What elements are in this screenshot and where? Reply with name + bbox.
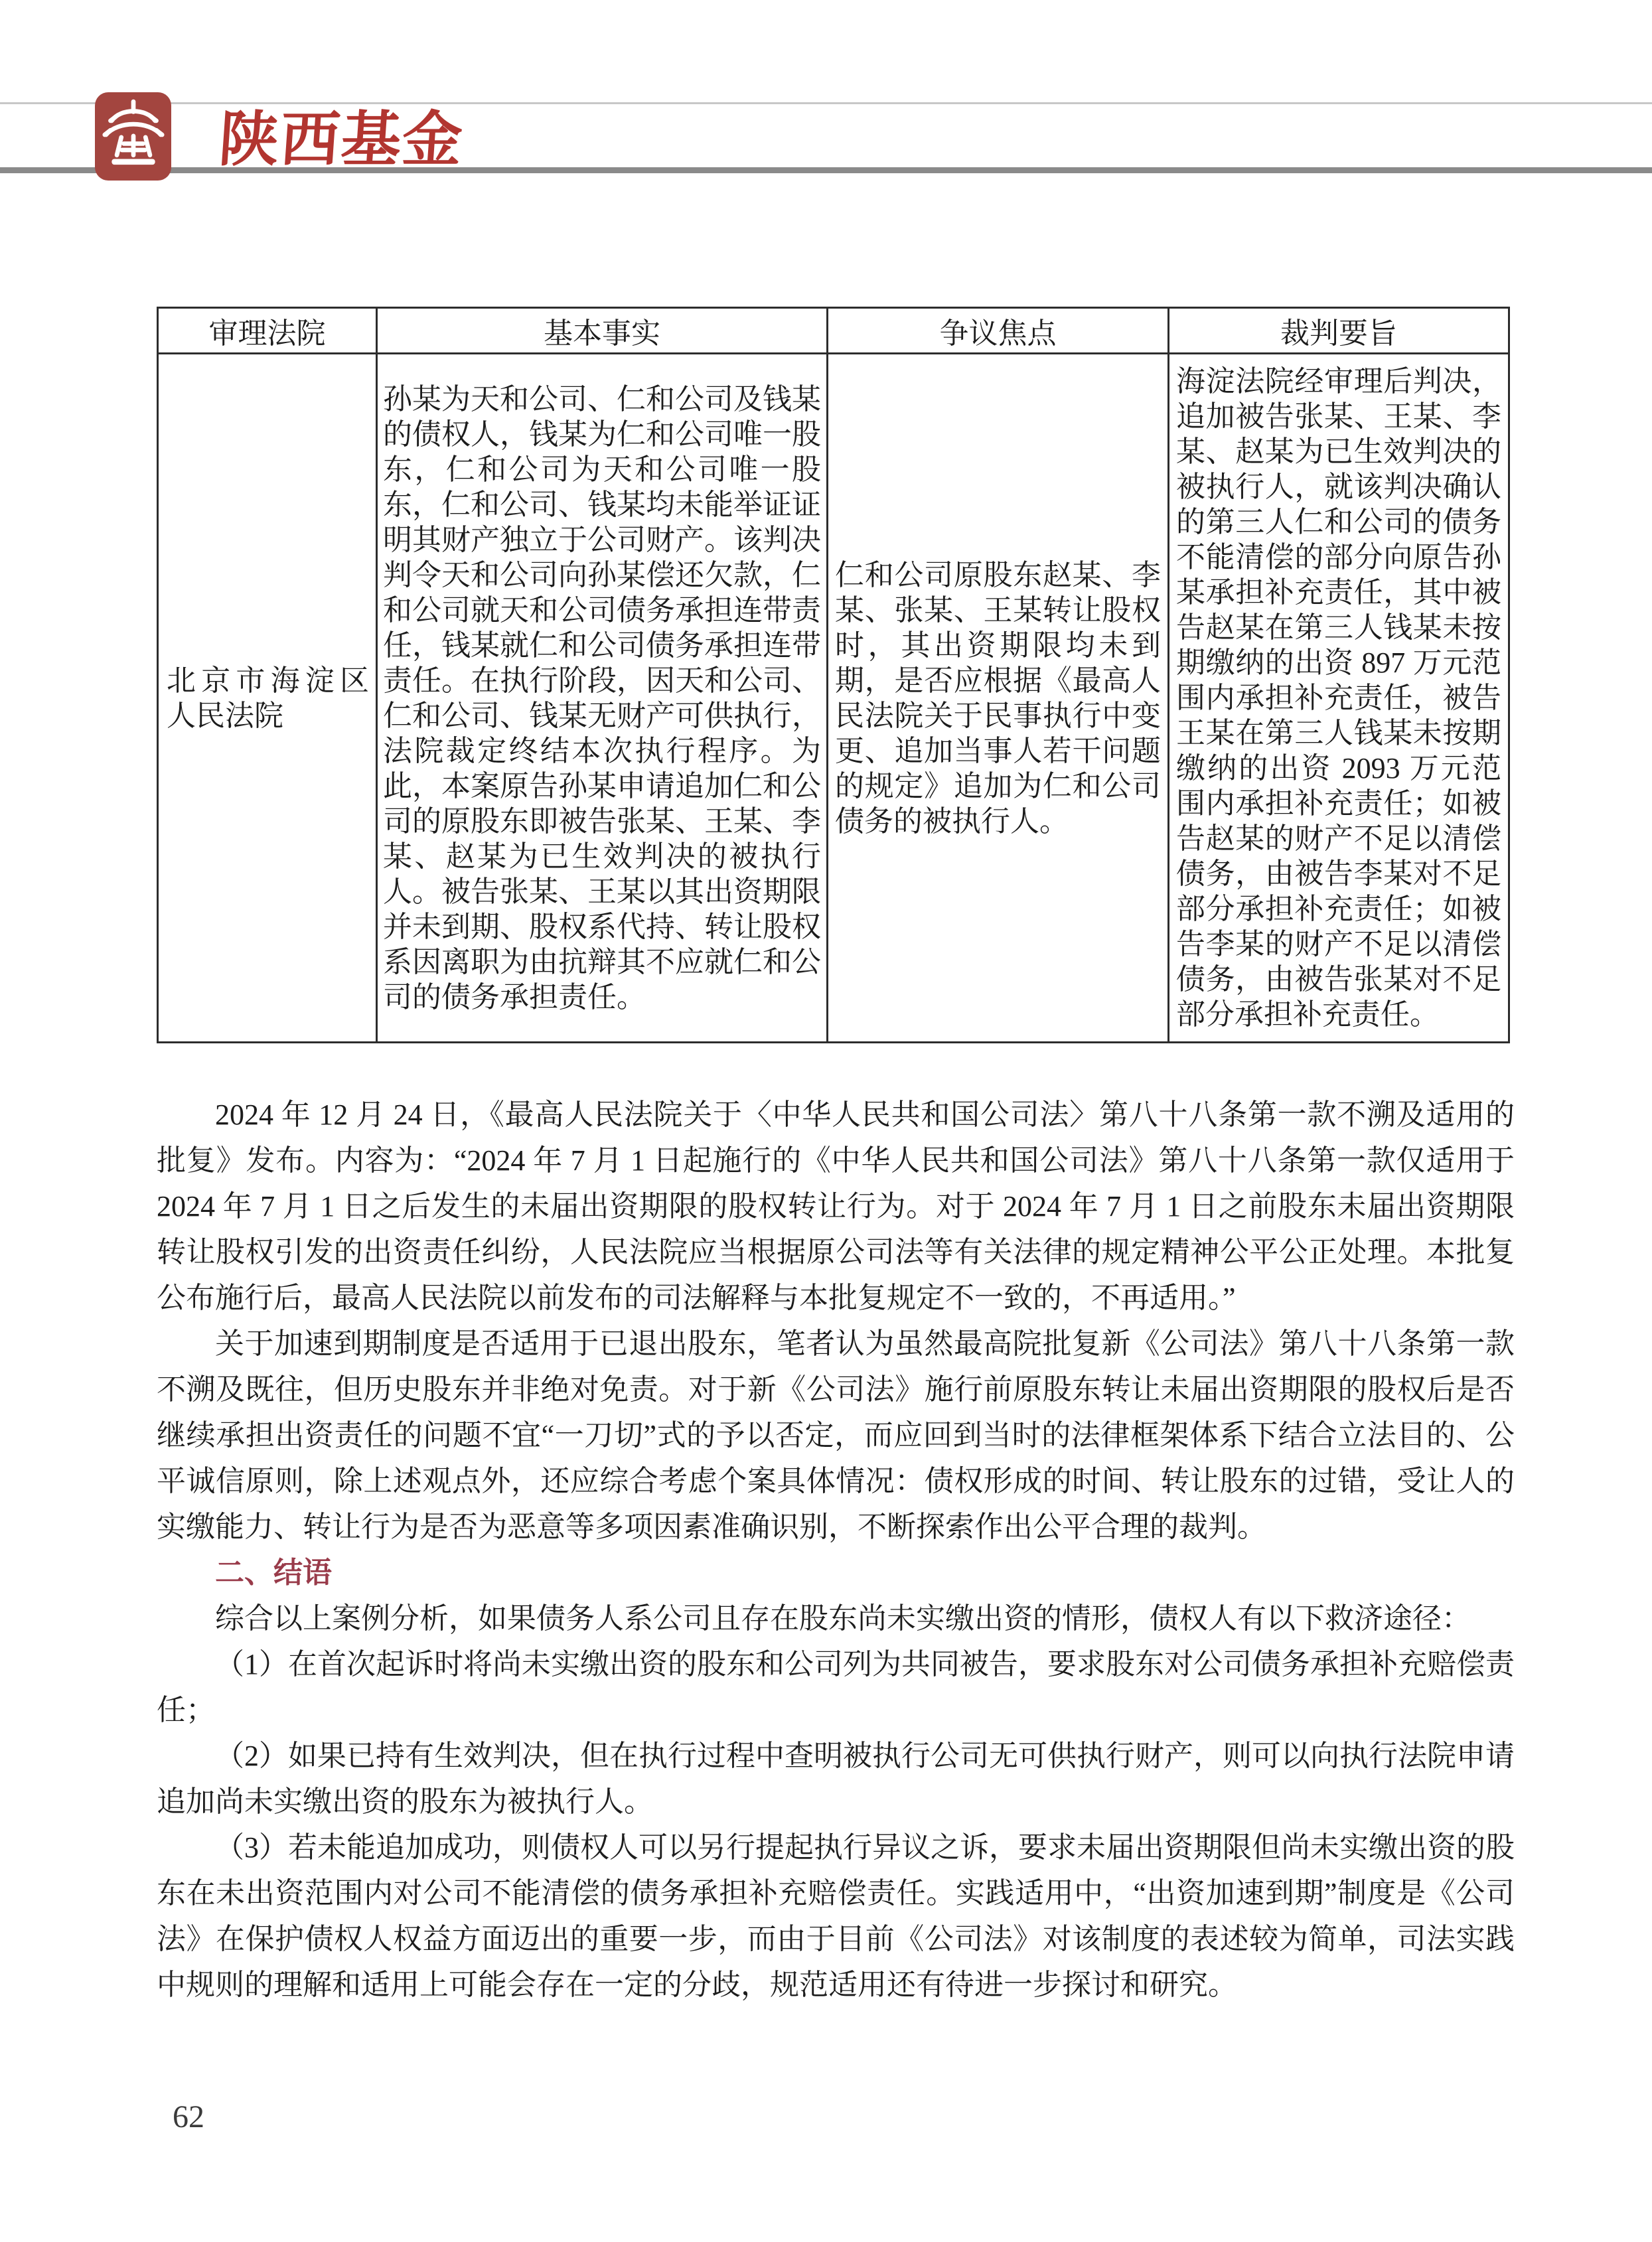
table-header-holding: 裁判要旨 — [1169, 308, 1509, 354]
brand-title-calligraphy: 陕西基金 — [217, 108, 466, 174]
magazine-page: 陕西基金 审理法院 基本事实 争议焦点 裁判要旨 北京市海淀区人民法院 孙某为天… — [0, 0, 1652, 2242]
cell-dispute: 仁和公司原股东赵某、李某、张某、王某转让股权时，其出资期限均未到期，是否应根据《… — [828, 354, 1169, 1043]
header-rule-thin — [0, 102, 1652, 104]
table-header-facts: 基本事实 — [377, 308, 828, 354]
paragraph-remedy-2: （2）如果已持有生效判决，但在执行过程中查明被执行公司无可供执行财产，则可以向执… — [157, 1733, 1515, 1825]
paragraph-analysis: 关于加速到期制度是否适用于已退出股东，笔者认为虽然最高院批复新《公司法》第八十八… — [157, 1321, 1515, 1550]
table-row: 北京市海淀区人民法院 孙某为天和公司、仁和公司及钱某的债权人，钱某为仁和公司唯一… — [158, 354, 1509, 1043]
page-number: 62 — [173, 2099, 204, 2135]
table-header-court: 审理法院 — [158, 308, 377, 354]
cell-holding: 海淀法院经审理后判决，追加被告张某、王某、李某、赵某为已生效判决的被执行人，就该… — [1169, 354, 1509, 1043]
table-header-row: 审理法院 基本事实 争议焦点 裁判要旨 — [158, 308, 1509, 354]
table-header-dispute: 争议焦点 — [828, 308, 1169, 354]
paragraph-remedy-3: （3）若未能追加成功，则债权人可以另行提起执行异议之诉，要求未届出资期限但尚未实… — [157, 1825, 1515, 2008]
cell-facts: 孙某为天和公司、仁和公司及钱某的债权人，钱某为仁和公司唯一股东，仁和公司为天和公… — [377, 354, 828, 1043]
pagoda-seal-icon — [102, 98, 165, 175]
article-body: 2024 年 12 月 24 日，《最高人民法院关于〈中华人民共和国公司法〉第八… — [157, 1092, 1515, 2008]
paragraph-batifu: 2024 年 12 月 24 日，《最高人民法院关于〈中华人民共和国公司法〉第八… — [157, 1092, 1515, 1321]
case-table: 审理法院 基本事实 争议焦点 裁判要旨 北京市海淀区人民法院 孙某为天和公司、仁… — [157, 307, 1510, 1043]
section-heading-conclusion: 二、结语 — [157, 1550, 1515, 1596]
paragraph-remedy-1: （1）在首次起诉时将尚未实缴出资的股东和公司列为共同被告，要求股东对公司债务承担… — [157, 1641, 1515, 1733]
cell-court: 北京市海淀区人民法院 — [158, 354, 377, 1043]
brand-logo — [95, 92, 171, 181]
paragraph-summary-intro: 综合以上案例分析，如果债务人系公司且存在股东尚未实缴出资的情形，债权人有以下救济… — [157, 1596, 1515, 1641]
